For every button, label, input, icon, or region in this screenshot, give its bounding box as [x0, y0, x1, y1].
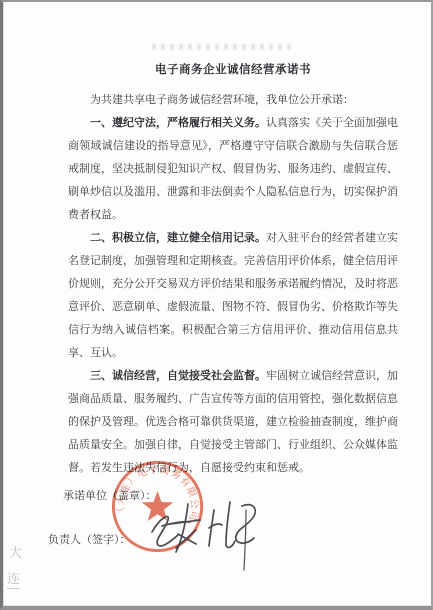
signature-handwriting	[142, 490, 268, 582]
signature-stroke	[209, 524, 222, 528]
margin-note-char: 连	[7, 572, 20, 589]
signature-stroke	[152, 516, 178, 546]
document-title: 电子商务企业诚信经营承诺书	[68, 62, 398, 78]
clause-1-body: 认真落实《关于全面加强电商领域诚信建设的指导意见》，严格遵守守信联合激励与失信联…	[68, 117, 398, 221]
clause-2-body: 对入驻平台的经营者建立实名登记制度，加强管理和定期核查。完善信用评价体系，健全信…	[68, 232, 398, 359]
intro-paragraph: 为共建共享电子商务诚信经营环境，我单位公开承诺：	[68, 89, 398, 112]
clause-paragraph: 一、遵纪守法，严格履行相关义务。认真落实《关于全面加强电商领域诚信建设的指导意见…	[68, 112, 398, 227]
clause-2-lead: 二、积极立信，建立健全信用记录。	[90, 232, 266, 244]
clause-1-lead: 一、遵纪守法，严格履行相关义务。	[90, 117, 266, 129]
signature-stroke	[226, 502, 235, 548]
ink-bleed-smudge	[152, 44, 292, 50]
margin-note-char: 大	[9, 546, 22, 560]
clause-paragraph: 二、积极立信，建立健全信用记录。对入驻平台的经营者建立实名登记制度，加强管理和定…	[68, 227, 398, 365]
signature-stroke	[176, 504, 188, 552]
scanned-page: 电子商务企业诚信经营承诺书 为共建共享电子商务诚信经营环境，我单位公开承诺： 一…	[0, 0, 433, 610]
signature-stroke	[176, 530, 196, 548]
clause-3-lead: 三、诚信经营，自觉接受社会监督。	[90, 370, 266, 382]
signature-stroke	[244, 510, 246, 570]
